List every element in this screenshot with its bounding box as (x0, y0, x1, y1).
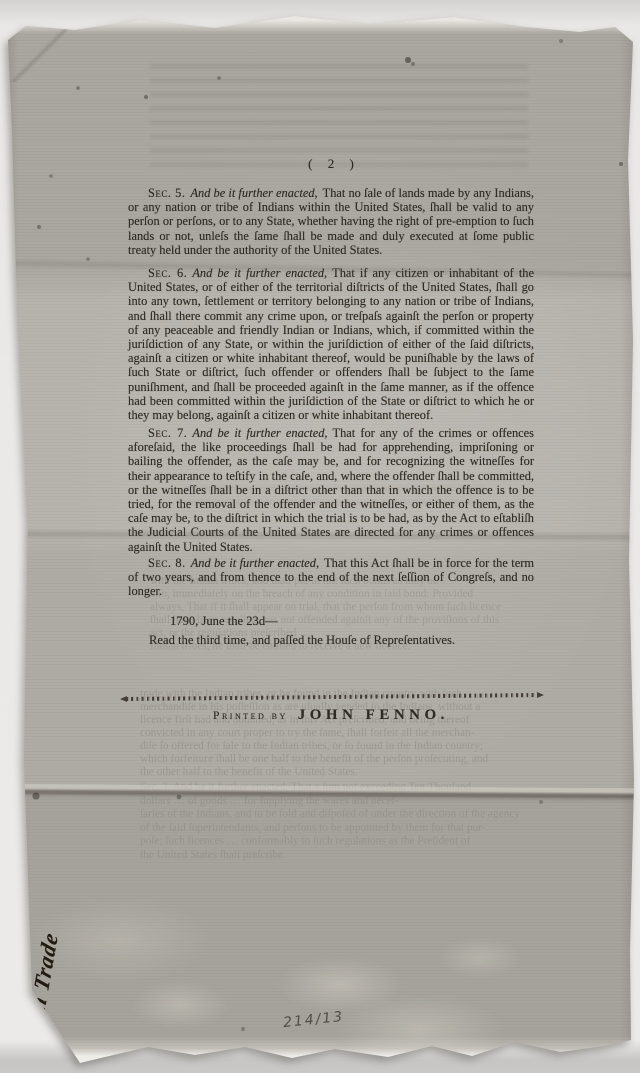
torn-edge-top (0, 12, 640, 38)
section-5-text: That no ſale of lands made by any Indian… (128, 186, 534, 257)
section-7-paragraph: Sec. 7.And be it further enacted,That fo… (128, 426, 534, 554)
section-6-text: That if any citizen or inhabitant of the… (128, 266, 534, 422)
section-7-label: Sec. 7. (148, 426, 187, 440)
corner-crease (6, 26, 76, 82)
section-5-label: Sec. 5. (148, 186, 185, 200)
torn-edge-bottom (0, 1032, 640, 1066)
section-7-enacting-clause: And be it further enacted, (192, 426, 327, 440)
section-7-text: That for any of the crimes or offences a… (128, 426, 534, 554)
handwritten-docket-note: Indian Trade (16, 928, 64, 1067)
showthrough-text-c: Sec. 3. And be it further enacted, That … (140, 781, 554, 862)
passage-line: Read the third time, and paſſed the Houſ… (149, 633, 455, 648)
imprint-line: Printed byJOHN FENNO. (128, 706, 534, 724)
showthrough-text-b: trade with the Indian tribes, or be foun… (140, 688, 550, 779)
section-8-paragraph: Sec. 8.And be it further enacted,That th… (128, 556, 534, 599)
section-5-paragraph: Sec. 5.And be it further enacted,That no… (128, 186, 534, 257)
catalog-number: 214/13 (282, 1009, 345, 1031)
printed-by-label: Printed by (213, 710, 288, 722)
scanned-document-photo: with the Indian tribes, and ſhall put in… (0, 0, 640, 1073)
section-8-label: Sec. 8. (148, 556, 186, 570)
section-5-enacting-clause: And be it further enacted, (190, 186, 317, 200)
date-line: 1790, June the 23d— (170, 614, 278, 629)
section-8-enacting-clause: And be it further enacted, (191, 556, 319, 570)
paper-sheet: with the Indian tribes, and ſhall put in… (0, 0, 640, 1073)
section-6-paragraph: Sec. 6.And be it further enacted,That if… (128, 266, 534, 422)
showthrough-illegible (150, 64, 528, 168)
page-number: ( 2 ) (128, 156, 534, 172)
ink-specks (0, 0, 2, 2)
section-8-text: That this Act ſhall be in force for the … (128, 556, 534, 598)
paper-shadow: with the Indian tribes, and ſhall put in… (0, 0, 640, 1073)
printer-name: JOHN FENNO. (298, 707, 449, 723)
section-6-enacting-clause: And be it further enacted, (192, 266, 327, 280)
section-6-label: Sec. 6. (148, 266, 187, 280)
